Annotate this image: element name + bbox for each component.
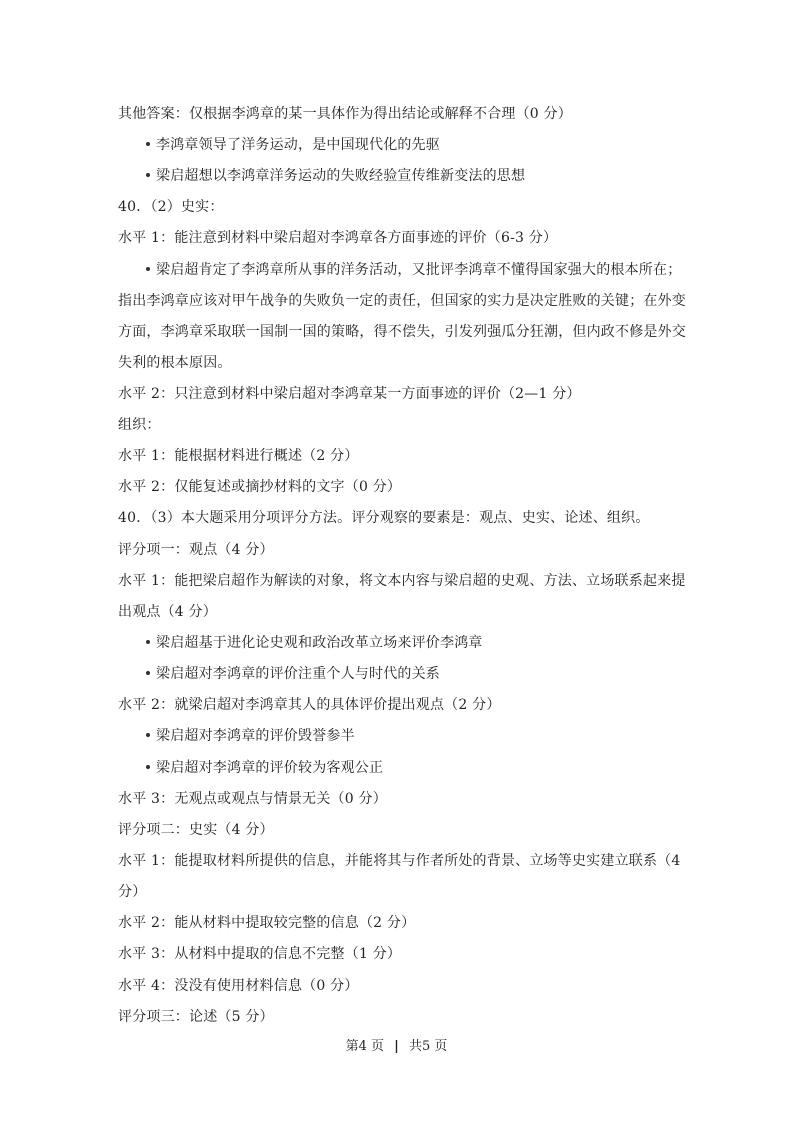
text-line: 水平 1：能把梁启超作为解读的对象，将文本内容与梁启超的史观、方法、立场联系起来…	[118, 571, 686, 591]
line-text: 失利的根本原因。	[118, 355, 232, 371]
bullet-item: 梁启超想以李鸿章洋务运动的失败经验宣传维新变法的思想	[146, 166, 525, 186]
text-line: 评分项三：论述（5 分）	[118, 1007, 274, 1027]
line-text: 分）	[118, 884, 146, 900]
page-footer: 第4 页 | 共5 页	[0, 1038, 793, 1056]
line-text: 梁启超对李鸿章的评价注重个人与时代的关系	[156, 666, 440, 682]
bullet-dot-icon	[146, 765, 150, 769]
text-line: 水平 2：能从材料中提取较完整的信息（2 分）	[118, 913, 415, 933]
bullet-dot-icon	[146, 671, 150, 675]
line-text: 组织：	[118, 417, 161, 433]
text-line: 方面，李鸿章采取联一国制一国的策略，得不偿失，引发列强瓜分狂潮，但内政不修是外交	[118, 322, 686, 342]
bullet-dot-icon	[146, 640, 150, 644]
line-text: 梁启超对李鸿章的评价毁誉参半	[156, 728, 355, 744]
text-line: 水平 3：无观点或观点与情景无关（0 分）	[118, 789, 387, 809]
line-text: 水平 1：能注意到材料中梁启超对李鸿章各方面事迹的评价（6-3 分）	[118, 230, 557, 246]
line-text: 水平 3：从材料中提取的信息不完整（1 分）	[118, 946, 401, 962]
line-text: 40．（2）史实：	[118, 199, 224, 215]
total-pages-label: 共5 页	[409, 1039, 447, 1054]
bullet-dot-icon	[146, 733, 150, 737]
text-line: 40．（3）本大题采用分项评分方法。评分观察的要素是：观点、史实、论述、组织。	[118, 508, 650, 528]
line-text: 40．（3）本大题采用分项评分方法。评分观察的要素是：观点、史实、论述、组织。	[118, 510, 650, 526]
line-text: 水平 1：能根据材料进行概述（2 分）	[118, 448, 359, 464]
line-text: 水平 2：能从材料中提取较完整的信息（2 分）	[118, 915, 415, 931]
footer-separator: |	[394, 1039, 399, 1054]
line-text: 评分项二：史实（4 分）	[118, 822, 274, 838]
line-text: 水平 4：没没有使用材料信息（0 分）	[118, 978, 359, 994]
text-line: 水平 1：能注意到材料中梁启超对李鸿章各方面事迹的评价（6-3 分）	[118, 228, 557, 248]
line-text: 其他答案：仅根据李鸿章的某一具体作为得出结论或解释不合理（0 分）	[118, 106, 572, 122]
line-text: 水平 2：就梁启超对李鸿章其人的具体评价提出观点（2 分）	[118, 697, 501, 713]
text-line: 水平 2：就梁启超对李鸿章其人的具体评价提出观点（2 分）	[118, 695, 501, 715]
text-line: 评分项一：观点（4 分）	[118, 540, 274, 560]
text-line: 水平 3：从材料中提取的信息不完整（1 分）	[118, 944, 401, 964]
bullet-dot-icon	[146, 267, 150, 271]
line-text: 水平 2：仅能复述或摘抄材料的文字（0 分）	[118, 479, 401, 495]
text-line: 分）	[118, 882, 146, 902]
bullet-dot-icon	[146, 173, 150, 177]
text-line: 水平 1：能根据材料进行概述（2 分）	[118, 446, 359, 466]
bullet-item: 梁启超对李鸿章的评价较为客观公正	[146, 758, 383, 778]
bullet-item: 李鸿章领导了洋务运动，是中国现代化的先驱	[146, 135, 440, 155]
text-line: 出观点（4 分）	[118, 602, 217, 622]
bullet-item: 梁启超肯定了李鸿章所从事的洋务活动，又批评李鸿章不懂得国家强大的根本所在；	[146, 260, 681, 280]
line-text: 梁启超基于进化论史观和政治改革立场来评价李鸿章	[156, 635, 483, 651]
text-line: 指出李鸿章应该对甲午战争的失败负一定的责任，但国家的实力是决定胜败的关键；在外变	[118, 291, 686, 311]
line-text: 水平 1：能提取材料所提供的信息，并能将其与作者所处的背景、立场等史实建立联系（…	[118, 853, 680, 869]
text-line: 评分项二：史实（4 分）	[118, 820, 274, 840]
line-text: 梁启超肯定了李鸿章所从事的洋务活动，又批评李鸿章不懂得国家强大的根本所在；	[156, 262, 681, 278]
line-text: 水平 3：无观点或观点与情景无关（0 分）	[118, 791, 387, 807]
line-text: 出观点（4 分）	[118, 604, 217, 620]
bullet-dot-icon	[146, 142, 150, 146]
text-line: 水平 2：只注意到材料中梁启超对李鸿章某一方面事迹的评价（2—1 分）	[118, 384, 581, 404]
line-text: 梁启超对李鸿章的评价较为客观公正	[156, 760, 383, 776]
text-line: 水平 2：仅能复述或摘抄材料的文字（0 分）	[118, 477, 401, 497]
text-line: 40．（2）史实：	[118, 197, 224, 217]
text-line: 失利的根本原因。	[118, 353, 232, 373]
text-line: 水平 4：没没有使用材料信息（0 分）	[118, 976, 359, 996]
bullet-item: 梁启超基于进化论史观和政治改革立场来评价李鸿章	[146, 633, 483, 653]
line-text: 水平 1：能把梁启超作为解读的对象，将文本内容与梁启超的史观、方法、立场联系起来…	[118, 573, 686, 589]
line-text: 评分项一：观点（4 分）	[118, 542, 274, 558]
text-line: 组织：	[118, 415, 161, 435]
text-line: 其他答案：仅根据李鸿章的某一具体作为得出结论或解释不合理（0 分）	[118, 104, 572, 124]
line-text: 指出李鸿章应该对甲午战争的失败负一定的责任，但国家的实力是决定胜败的关键；在外变	[118, 293, 686, 309]
line-text: 评分项三：论述（5 分）	[118, 1009, 274, 1025]
bullet-item: 梁启超对李鸿章的评价注重个人与时代的关系	[146, 664, 440, 684]
line-text: 方面，李鸿章采取联一国制一国的策略，得不偿失，引发列强瓜分狂潮，但内政不修是外交	[118, 324, 686, 340]
line-text: 李鸿章领导了洋务运动，是中国现代化的先驱	[156, 137, 440, 153]
line-text: 梁启超想以李鸿章洋务运动的失败经验宣传维新变法的思想	[156, 168, 525, 184]
document-page: 其他答案：仅根据李鸿章的某一具体作为得出结论或解释不合理（0 分）李鸿章领导了洋…	[0, 0, 793, 1122]
bullet-item: 梁启超对李鸿章的评价毁誉参半	[146, 726, 355, 746]
current-page-label: 第4 页	[346, 1039, 384, 1054]
line-text: 水平 2：只注意到材料中梁启超对李鸿章某一方面事迹的评价（2—1 分）	[118, 386, 581, 402]
text-line: 水平 1：能提取材料所提供的信息，并能将其与作者所处的背景、立场等史实建立联系（…	[118, 851, 680, 871]
